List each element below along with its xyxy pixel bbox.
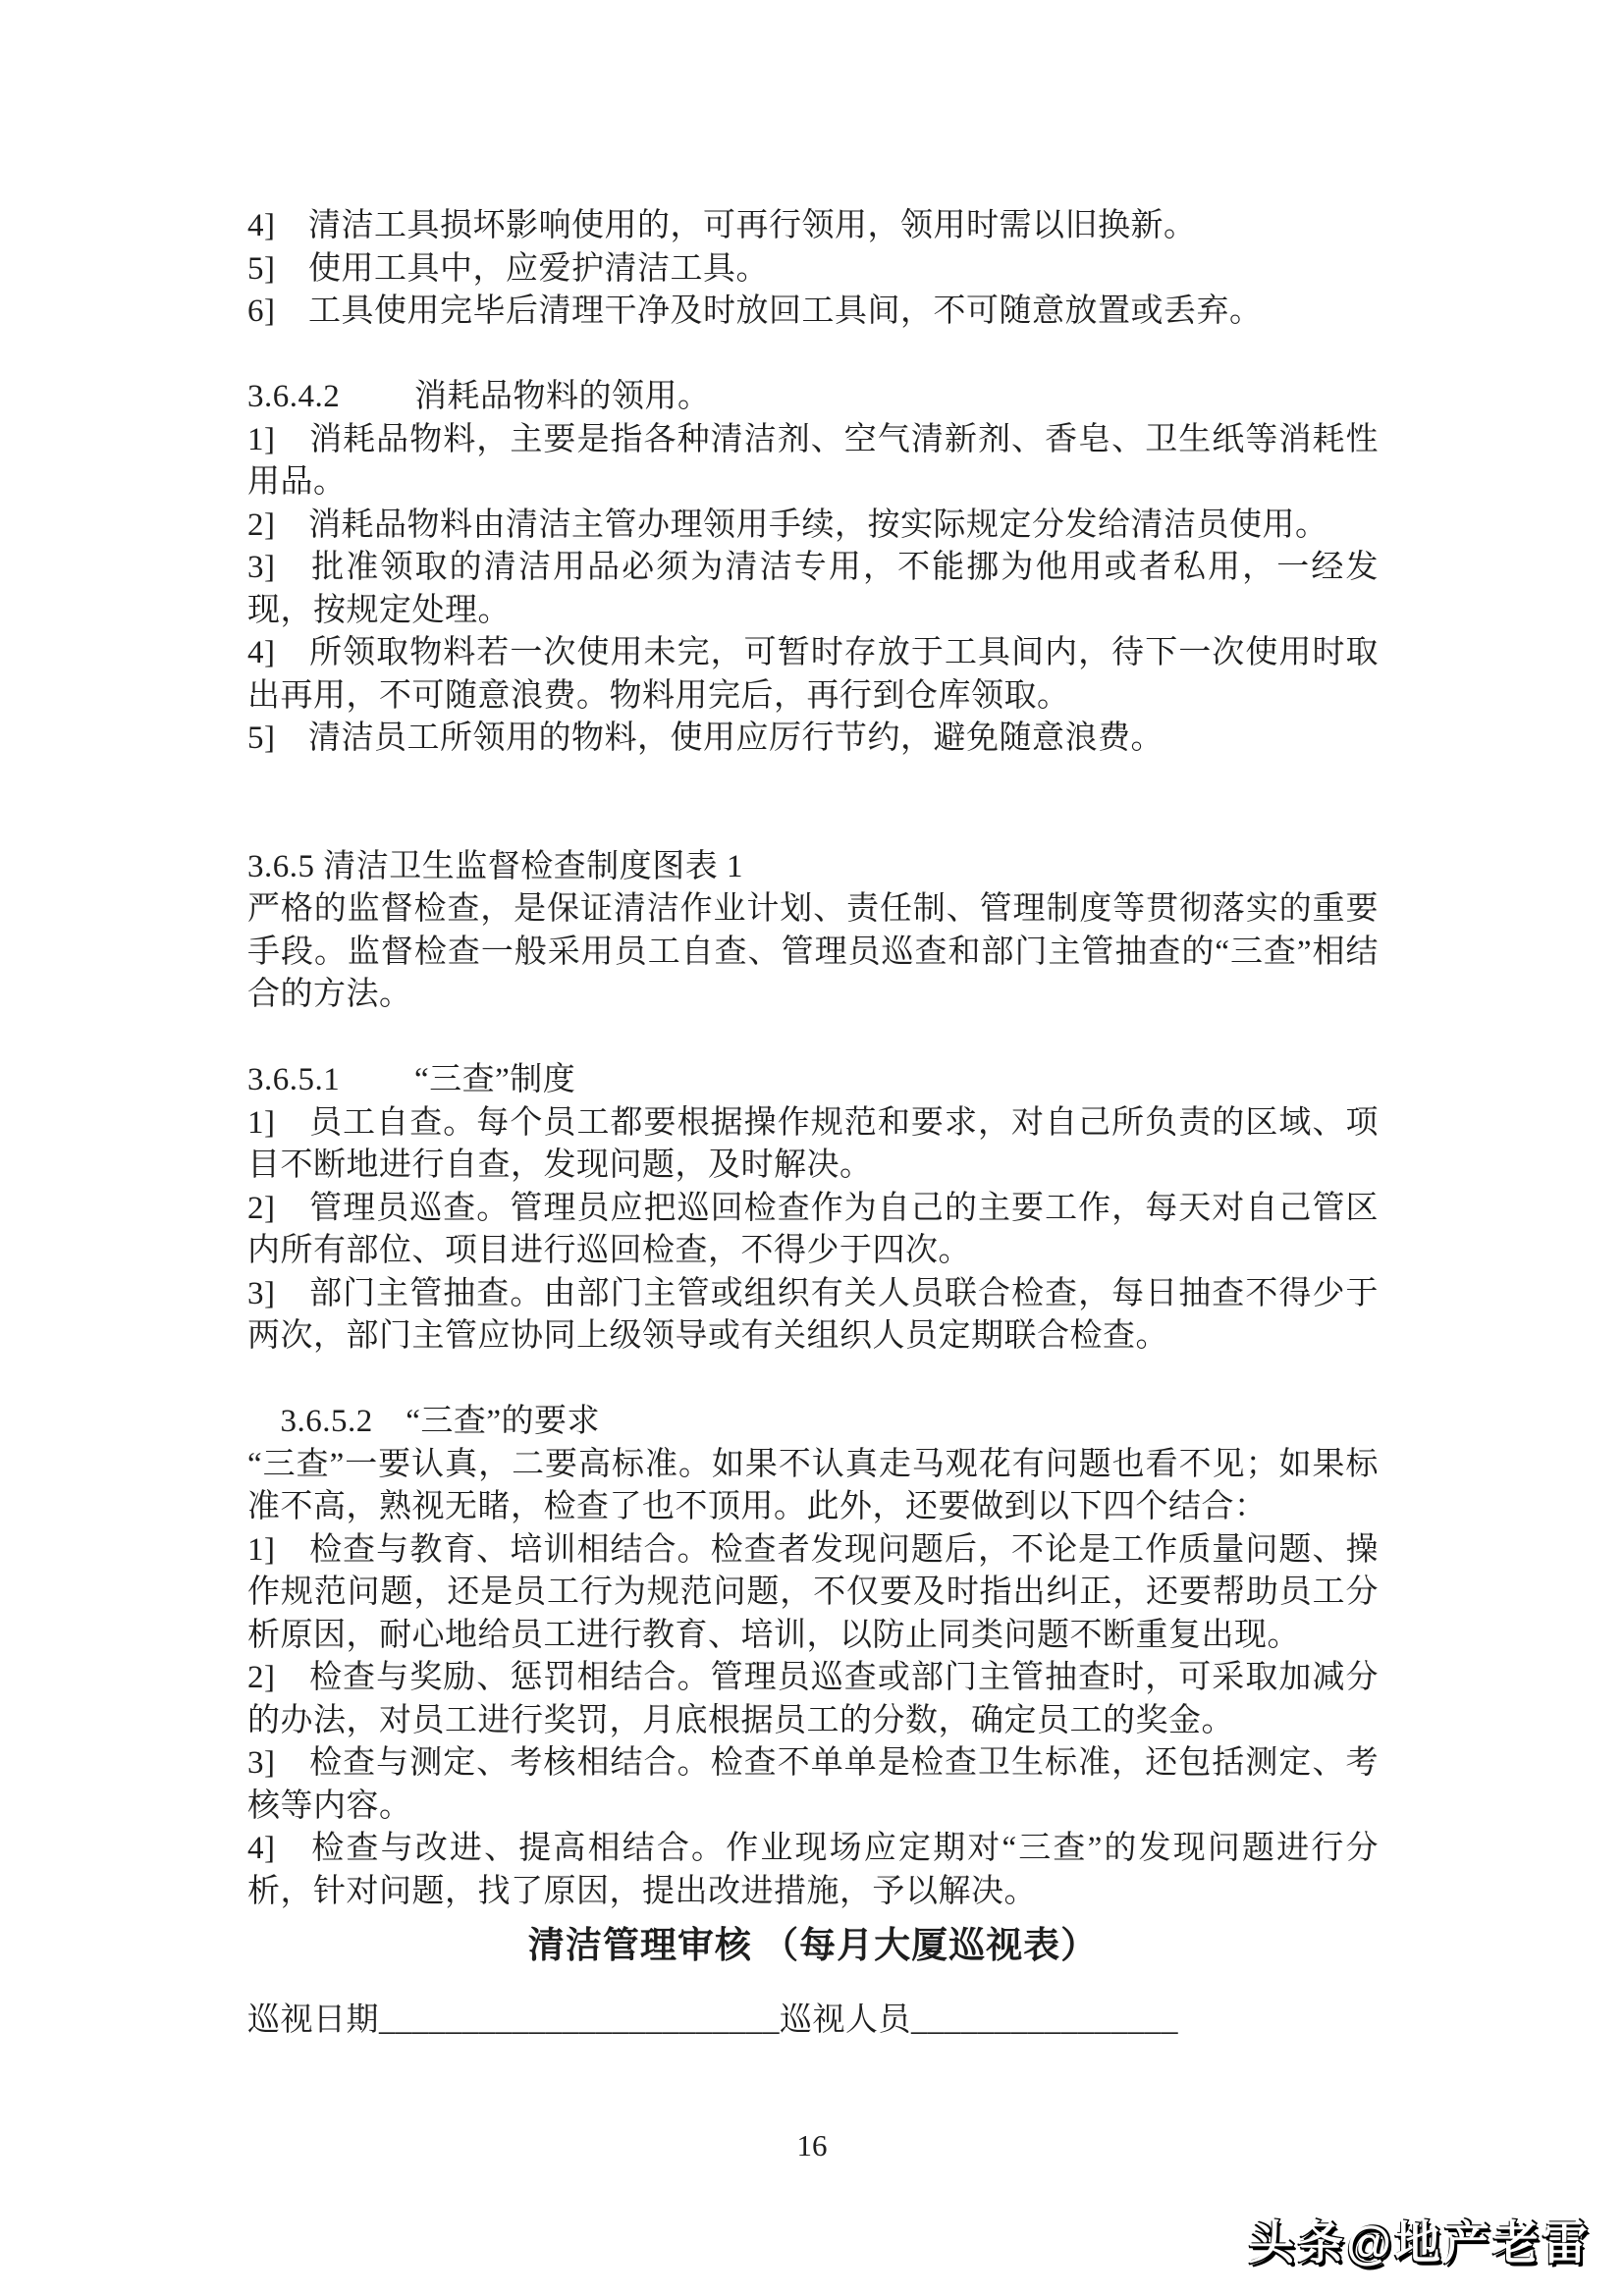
section-heading: 3.6.5.1 “三查”制度: [247, 1059, 1379, 1102]
list-item: 4] 所领取物料若一次使用未完，可暂时存放于工具间内，待下一次使用时取出再用，不…: [247, 632, 1379, 718]
watermark: 头条@地产老雷: [1248, 2207, 1591, 2272]
list-item: 2] 管理员巡查。管理员应把巡回检查作为自己的主要工作，每天对自己管区内所有部位…: [247, 1188, 1379, 1273]
form-fields-line: 巡视日期________________________巡视人员________…: [247, 2000, 1379, 2043]
list-item: 1] 检查与教育、培训相结合。检查者发现问题后，不论是工作质量问题、操作规范问题…: [247, 1529, 1379, 1658]
list-item: 3] 检查与测定、考核相结合。检查不单单是检查卫生标准，还包括测定、考核等内容。: [247, 1742, 1379, 1828]
section-heading: 3.6.5 清洁卫生监督检查制度图表 1: [247, 846, 1379, 889]
document-page: 4] 清洁工具损坏影响使用的，可再行领用，领用时需以旧换新。 5] 使用工具中，…: [0, 0, 1624, 2296]
section-heading: 3.6.4.2 消耗品物料的领用。: [247, 376, 1379, 419]
document-body: 4] 清洁工具损坏影响使用的，可再行领用，领用时需以旧换新。 5] 使用工具中，…: [247, 205, 1379, 2043]
list-item: 1] 员工自查。每个员工都要根据操作规范和要求，对自己所负责的区域、项目不断地进…: [247, 1102, 1379, 1188]
section-heading: 3.6.5.2 “三查”的要求: [247, 1401, 1379, 1444]
list-item: 5] 使用工具中，应爱护清洁工具。: [247, 248, 1379, 292]
list-item: 6] 工具使用完毕后清理干净及时放回工具间，不可随意放置或丢弃。: [247, 291, 1379, 334]
list-item: 1] 消耗品物料，主要是指各种清洁剂、空气清新剂、香皂、卫生纸等消耗性用品。: [247, 419, 1379, 505]
list-item: 2] 消耗品物料由清洁主管办理领用手续，按实际规定分发给清洁员使用。: [247, 505, 1379, 548]
page-number: 16: [0, 2128, 1624, 2163]
list-item: 3] 批准领取的清洁用品必须为清洁专用，不能挪为他用或者私用，一经发现，按规定处…: [247, 547, 1379, 632]
list-item: 5] 清洁员工所领用的物料，使用应厉行节约，避免随意浪费。: [247, 718, 1379, 761]
table-title: 清洁管理审核 （每月大厦巡视表）: [247, 1921, 1379, 1972]
list-item: 2] 检查与奖励、惩罚相结合。管理员巡查或部门主管抽查时，可采取加减分的办法，对…: [247, 1657, 1379, 1742]
paragraph: 严格的监督检查，是保证清洁作业计划、责任制、管理制度等贯彻落实的重要手段。监督检…: [247, 888, 1379, 1017]
paragraph: “三查”一要认真，二要高标准。如果不认真走马观花有问题也看不见；如果标准不高，熟…: [247, 1444, 1379, 1529]
list-item: 4] 检查与改进、提高相结合。作业现场应定期对“三查”的发现问题进行分析，针对问…: [247, 1828, 1379, 1913]
list-item: 4] 清洁工具损坏影响使用的，可再行领用，领用时需以旧换新。: [247, 205, 1379, 248]
list-item: 3] 部门主管抽查。由部门主管或组织有关人员联合检查，每日抽查不得少于两次，部门…: [247, 1273, 1379, 1359]
